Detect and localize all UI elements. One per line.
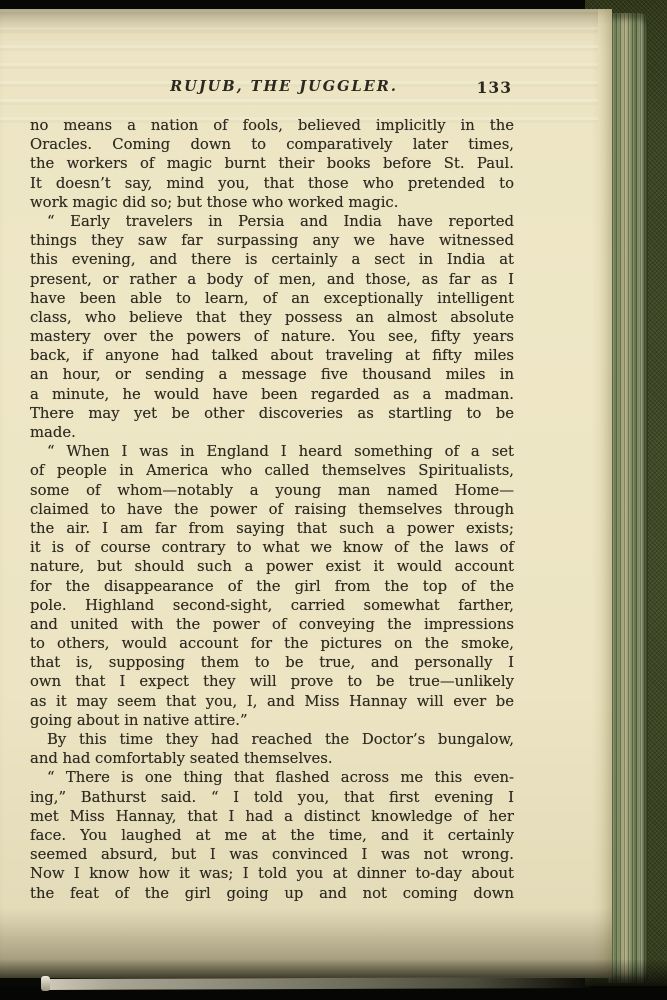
text-line: and united with the power of conveying t… — [30, 615, 514, 634]
text-line: “ There is one thing that flashed across… — [30, 768, 514, 787]
text-line: things they saw far surpassing any we ha… — [30, 231, 514, 250]
running-header-title: RUJUB, THE JUGGLER. — [170, 78, 398, 95]
text-line: pole. Highland second-sight, carried som… — [30, 596, 514, 615]
text-line: a minute, he would have been regarded as… — [30, 385, 514, 404]
text-line: “ Early travelers in Persia and India ha… — [30, 212, 514, 231]
text-line: present, or rather a body of men, and th… — [30, 270, 514, 289]
text-line: that is, supposing them to be true, and … — [30, 653, 514, 672]
text-line: made. — [30, 423, 514, 442]
text-line: an hour, or sending a message five thous… — [30, 365, 514, 384]
text-line: seemed absurd, but I was convinced I was… — [30, 845, 514, 864]
text-line: for the disappearance of the girl from t… — [30, 577, 514, 596]
text-line: no means a nation of fools, believed imp… — [30, 116, 514, 135]
text-line: as it may seem that you, I, and Miss Han… — [30, 692, 514, 711]
text-line: and had comfortably seated themselves. — [30, 749, 514, 768]
running-header: RUJUB, THE JUGGLER. 133 — [30, 78, 514, 100]
text-line: nature, but should such a power exist it… — [30, 557, 514, 576]
text-line: the workers of magic burnt their books b… — [30, 154, 514, 173]
text-line: By this time they had reached the Doctor… — [30, 730, 514, 749]
text-line: own that I expect they will prove to be … — [30, 672, 514, 691]
text-line: have been able to learn, of an exception… — [30, 289, 514, 308]
text-line: claimed to have the power of raising the… — [30, 500, 514, 519]
text-line: some of whom—notably a young man named H… — [30, 481, 514, 500]
page-text: no means a nation of fools, believed imp… — [30, 116, 514, 903]
text-line: There may yet be other discoveries as st… — [30, 404, 514, 423]
text-line: work magic did so; but those who worked … — [30, 193, 514, 212]
text-line: this evening, and there is certainly a s… — [30, 250, 514, 269]
text-line: Now I know how it was; I told you at din… — [30, 864, 514, 883]
book-photo: RUJUB, THE JUGGLER. 133 no means a natio… — [0, 0, 667, 1000]
text-line: met Miss Hannay, that I had a distinct k… — [30, 807, 514, 826]
text-line: the feat of the girl going up and not co… — [30, 884, 514, 903]
text-line: the air. I am far from saying that such … — [30, 519, 514, 538]
book-cradle-bar — [45, 977, 595, 990]
text-line: “ When I was in England I heard somethin… — [30, 442, 514, 461]
text-line: It doesn’t say, mind you, that those who… — [30, 174, 514, 193]
text-line: face. You laughed at me at the time, and… — [30, 826, 514, 845]
text-line: ing,” Bathurst said. “ I told you, that … — [30, 788, 514, 807]
text-line: Oracles. Coming down to comparatively la… — [30, 135, 514, 154]
book-page: RUJUB, THE JUGGLER. 133 no means a natio… — [0, 9, 612, 978]
text-line: going about in native attire.” — [30, 711, 514, 730]
page-edges — [608, 13, 648, 983]
text-line: of people in America who called themselv… — [30, 461, 514, 480]
text-line: mastery over the powers of nature. You s… — [30, 327, 514, 346]
text-line: to others, would account for the picture… — [30, 634, 514, 653]
text-line: class, who believe that they possess an … — [30, 308, 514, 327]
text-line: back, if anyone had talked about traveli… — [30, 346, 514, 365]
page-number: 133 — [477, 78, 512, 97]
text-line: it is of course contrary to what we know… — [30, 538, 514, 557]
cradle-highlight — [41, 976, 50, 991]
